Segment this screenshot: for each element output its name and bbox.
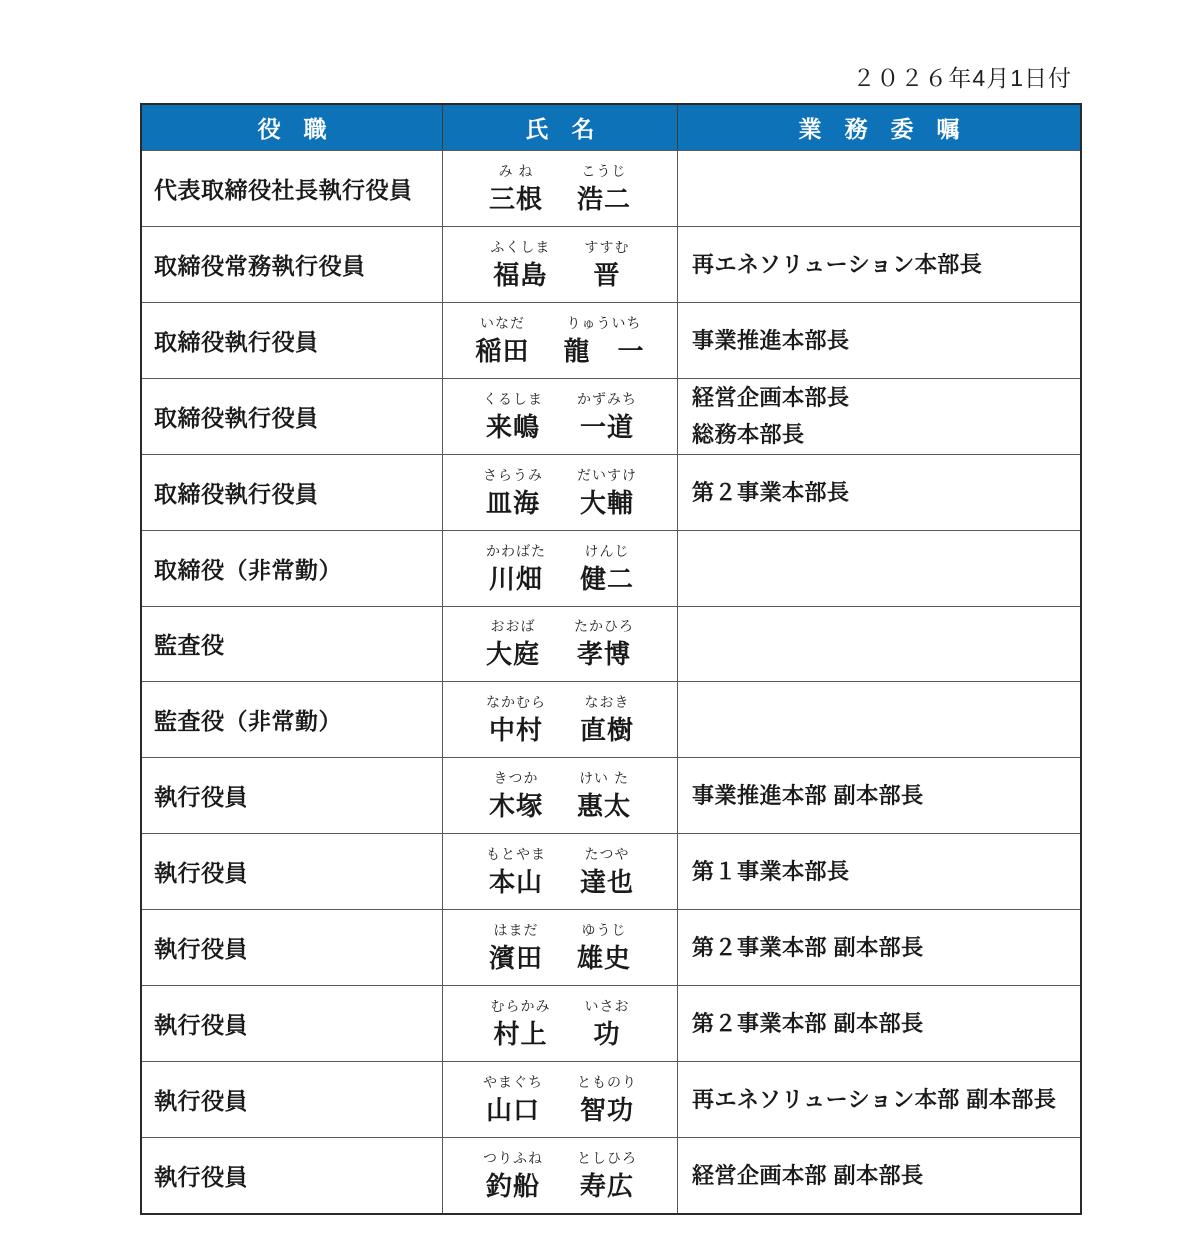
assignment-cell: 再エネソリューション本部 副本部長 [677, 1062, 1080, 1137]
position-cell: 監査役（非常勤） [142, 682, 442, 757]
assignment-cell: 経営企画本部長 総務本部長 [677, 379, 1080, 454]
name-block: み ね 三根 こうじ 浩二 [489, 162, 631, 215]
furigana-first: りゅういち [567, 314, 642, 332]
furigana-first: すすむ [584, 238, 629, 256]
name-block: むらかみ 村上 いさお 功 [491, 997, 630, 1050]
first-name-part: とものり 智功 [577, 1073, 637, 1126]
furigana-first: いさお [585, 997, 630, 1015]
first-name-text: 直樹 [580, 714, 634, 746]
assignment-cell: 経営企画本部 副本部長 [677, 1138, 1080, 1213]
last-name-text: 木塚 [489, 790, 543, 822]
table-row: 代表取締役社長執行役員 み ね 三根 こうじ 浩二 [142, 150, 1080, 226]
position-label: 執行役員 [154, 855, 248, 888]
last-name-part: きつか 木塚 [489, 769, 543, 822]
table-row: 取締役（非常勤） かわばた 川畑 けんじ 健二 [142, 530, 1080, 606]
position-cell: 執行役員 [142, 758, 442, 833]
first-name-text: 寿広 [580, 1170, 634, 1202]
position-label: 代表取締役社長執行役員 [154, 172, 413, 205]
name-cell: み ね 三根 こうじ 浩二 [442, 151, 677, 226]
date-label: ２０２６年4月1日付 [852, 60, 1072, 93]
position-label: 取締役常務執行役員 [154, 248, 366, 281]
last-name-text: 山口 [486, 1094, 540, 1126]
table-row: 執行役員 はまだ 濱田 ゆうじ 雄史 第２事業本部 副本部長 [142, 909, 1080, 985]
last-name-text: 濱田 [489, 942, 543, 974]
last-name-text: 福島 [493, 259, 547, 291]
furigana-last: くるしま [483, 390, 543, 408]
furigana-last: み ね [499, 162, 534, 180]
first-name-part: ゆうじ 雄史 [577, 921, 631, 974]
assignment-line-1: 第１事業本部長 [692, 853, 1080, 890]
table-row: 執行役員 やまぐち 山口 とものり 智功 再エネソリューション本部 副本部長 [142, 1061, 1080, 1137]
position-cell: 執行役員 [142, 986, 442, 1061]
header-cell-assignment: 業 務 委 嘱 [677, 105, 1080, 150]
name-block: はまだ 濱田 ゆうじ 雄史 [489, 921, 631, 974]
furigana-first: ゆうじ [582, 921, 627, 939]
name-block: なかむら 中村 なおき 直樹 [486, 693, 634, 746]
table-row: 執行役員 もとやま 本山 たつや 達也 第１事業本部長 [142, 833, 1080, 909]
table-row: 執行役員 むらかみ 村上 いさお 功 第２事業本部 副本部長 [142, 985, 1080, 1061]
position-cell: 監査役 [142, 607, 442, 682]
last-name-text: 釣船 [486, 1170, 540, 1202]
furigana-first: かずみち [577, 390, 637, 408]
position-cell: 執行役員 [142, 1062, 442, 1137]
assignment-line-1: 第２事業本部 副本部長 [692, 1005, 1080, 1042]
first-name-part: けい た 惠太 [577, 769, 631, 822]
furigana-last: かわばた [486, 542, 546, 560]
position-cell: 取締役執行役員 [142, 455, 442, 530]
first-name-part: たつや 達也 [580, 845, 634, 898]
first-name-part: すすむ 晋 [584, 238, 629, 291]
assignment-line-1: 経営企画本部長 [692, 379, 1080, 416]
last-name-part: もとやま 本山 [486, 845, 546, 898]
first-name-part: りゅういち 龍 一 [564, 314, 645, 367]
position-cell: 執行役員 [142, 1138, 442, 1213]
first-name-part: たかひろ 孝博 [574, 617, 634, 670]
position-label: 執行役員 [154, 1007, 248, 1040]
name-block: さらうみ 皿海 だいすけ 大輔 [483, 466, 637, 519]
name-cell: ふくしま 福島 すすむ 晋 [442, 227, 677, 302]
last-name-part: おおば 大庭 [486, 617, 540, 670]
furigana-last: いなだ [480, 314, 525, 332]
first-name-text: 龍 一 [564, 335, 645, 367]
assignment-line-1: 第２事業本部 副本部長 [692, 929, 1080, 966]
first-name-text: 智功 [580, 1094, 634, 1126]
furigana-first: けい た [579, 769, 629, 787]
last-name-part: はまだ 濱田 [489, 921, 543, 974]
assignment-cell: 第１事業本部長 [677, 834, 1080, 909]
position-cell: 代表取締役社長執行役員 [142, 151, 442, 226]
position-label: 取締役執行役員 [154, 400, 319, 433]
table-row: 監査役（非常勤） なかむら 中村 なおき 直樹 [142, 681, 1080, 757]
furigana-last: もとやま [486, 845, 546, 863]
last-name-text: 三根 [489, 183, 543, 215]
furigana-last: おおば [490, 617, 535, 635]
position-cell: 執行役員 [142, 910, 442, 985]
last-name-text: 村上 [493, 1018, 547, 1050]
position-label: 監査役 [154, 627, 225, 660]
name-cell: くるしま 来嶋 かずみち 一道 [442, 379, 677, 454]
last-name-part: やまぐち 山口 [483, 1073, 543, 1126]
name-block: きつか 木塚 けい た 惠太 [489, 769, 631, 822]
furigana-last: はまだ [493, 921, 538, 939]
header-cell-position: 役 職 [142, 105, 442, 150]
name-cell: さらうみ 皿海 だいすけ 大輔 [442, 455, 677, 530]
header-cell-name: 氏 名 [442, 105, 677, 150]
table-row: 取締役執行役員 いなだ 稲田 りゅういち 龍 一 事業推進本部長 [142, 302, 1080, 378]
table-body: 代表取締役社長執行役員 み ね 三根 こうじ 浩二 取締役常務執行役員 [142, 150, 1080, 1213]
furigana-last: つりふね [483, 1149, 543, 1167]
last-name-part: み ね 三根 [489, 162, 543, 215]
assignment-cell: 事業推進本部長 [677, 303, 1080, 378]
assignment-cell: 第２事業本部 副本部長 [677, 910, 1080, 985]
last-name-part: なかむら 中村 [486, 693, 546, 746]
first-name-part: こうじ 浩二 [577, 162, 631, 215]
position-label: 執行役員 [154, 1083, 248, 1116]
name-cell: むらかみ 村上 いさお 功 [442, 986, 677, 1061]
assignment-line-1: 再エネソリューション本部 副本部長 [692, 1081, 1080, 1118]
furigana-first: としひろ [577, 1149, 637, 1167]
last-name-part: ふくしま 福島 [490, 238, 550, 291]
name-block: やまぐち 山口 とものり 智功 [483, 1073, 637, 1126]
furigana-first: なおき [584, 693, 629, 711]
last-name-text: 稲田 [475, 335, 529, 367]
name-block: おおば 大庭 たかひろ 孝博 [486, 617, 634, 670]
furigana-last: きつか [493, 769, 538, 787]
last-name-part: さらうみ 皿海 [483, 466, 543, 519]
name-block: ふくしま 福島 すすむ 晋 [490, 238, 629, 291]
position-label: 監査役（非常勤） [154, 703, 342, 736]
table-row: 執行役員 きつか 木塚 けい た 惠太 事業推進本部 副本部長 [142, 757, 1080, 833]
first-name-text: 惠太 [577, 790, 631, 822]
name-block: くるしま 来嶋 かずみち 一道 [483, 390, 637, 443]
last-name-part: いなだ 稲田 [475, 314, 529, 367]
assignment-line-1: 経営企画本部 副本部長 [692, 1157, 1080, 1194]
assignment-line-1: 事業推進本部 副本部長 [692, 777, 1080, 814]
name-block: つりふね 釣船 としひろ 寿広 [483, 1149, 637, 1202]
position-cell: 取締役執行役員 [142, 379, 442, 454]
position-cell: 執行役員 [142, 834, 442, 909]
last-name-text: 皿海 [486, 487, 540, 519]
assignment-cell [677, 682, 1080, 757]
position-label: 執行役員 [154, 1159, 248, 1192]
first-name-text: 晋 [593, 259, 620, 291]
position-label: 執行役員 [154, 931, 248, 964]
name-block: かわばた 川畑 けんじ 健二 [486, 542, 634, 595]
furigana-last: やまぐち [483, 1073, 543, 1091]
first-name-part: いさお 功 [585, 997, 630, 1050]
table-row: 執行役員 つりふね 釣船 としひろ 寿広 経営企画本部 副本部長 [142, 1137, 1080, 1213]
furigana-first: こうじ [582, 162, 627, 180]
last-name-part: かわばた 川畑 [486, 542, 546, 595]
name-cell: きつか 木塚 けい た 惠太 [442, 758, 677, 833]
table-row: 監査役 おおば 大庭 たかひろ 孝博 [142, 606, 1080, 682]
name-block: いなだ 稲田 りゅういち 龍 一 [475, 314, 644, 367]
assignment-cell: 再エネソリューション本部長 [677, 227, 1080, 302]
position-label: 取締役（非常勤） [154, 552, 342, 585]
first-name-part: かずみち 一道 [577, 390, 637, 443]
officer-announcement-page: { "page": { "date_label": "２０２６年4月1日付" }… [0, 0, 1200, 1253]
furigana-first: たかひろ [574, 617, 634, 635]
assignment-cell [677, 151, 1080, 226]
assignment-line-1: 再エネソリューション本部長 [692, 246, 1080, 283]
name-cell: かわばた 川畑 けんじ 健二 [442, 531, 677, 606]
first-name-text: 浩二 [577, 183, 631, 215]
furigana-last: むらかみ [491, 997, 551, 1015]
name-cell: いなだ 稲田 りゅういち 龍 一 [442, 303, 677, 378]
last-name-part: くるしま 来嶋 [483, 390, 543, 443]
name-cell: やまぐち 山口 とものり 智功 [442, 1062, 677, 1137]
position-label: 執行役員 [154, 779, 248, 812]
furigana-last: ふくしま [490, 238, 550, 256]
officers-table: 役 職 氏 名 業 務 委 嘱 代表取締役社長執行役員 み ね 三根 こうじ 浩… [140, 103, 1082, 1215]
position-cell: 取締役常務執行役員 [142, 227, 442, 302]
name-cell: つりふね 釣船 としひろ 寿広 [442, 1138, 677, 1213]
assignment-line-2: 総務本部長 [692, 416, 1080, 453]
name-cell: おおば 大庭 たかひろ 孝博 [442, 607, 677, 682]
table-row: 取締役常務執行役員 ふくしま 福島 すすむ 晋 再エネソリューション本部長 [142, 226, 1080, 302]
first-name-text: 大輔 [580, 487, 634, 519]
assignment-line-1: 事業推進本部長 [692, 322, 1080, 359]
name-cell: なかむら 中村 なおき 直樹 [442, 682, 677, 757]
position-cell: 取締役執行役員 [142, 303, 442, 378]
first-name-text: 孝博 [577, 638, 631, 670]
last-name-text: 来嶋 [486, 411, 540, 443]
last-name-text: 大庭 [486, 638, 540, 670]
furigana-first: たつや [584, 845, 629, 863]
table-header-row: 役 職 氏 名 業 務 委 嘱 [142, 105, 1080, 150]
first-name-part: けんじ 健二 [580, 542, 634, 595]
position-label: 取締役執行役員 [154, 324, 319, 357]
table-row: 取締役執行役員 さらうみ 皿海 だいすけ 大輔 第２事業本部長 [142, 454, 1080, 530]
last-name-part: つりふね 釣船 [483, 1149, 543, 1202]
table-row: 取締役執行役員 くるしま 来嶋 かずみち 一道 経営企画本部長 総務本部長 [142, 378, 1080, 454]
furigana-last: さらうみ [483, 466, 543, 484]
position-label: 取締役執行役員 [154, 476, 319, 509]
assignment-cell [677, 607, 1080, 682]
furigana-first: けんじ [584, 542, 629, 560]
assignment-cell [677, 531, 1080, 606]
first-name-text: 功 [593, 1018, 620, 1050]
assignment-cell: 事業推進本部 副本部長 [677, 758, 1080, 833]
first-name-text: 雄史 [577, 942, 631, 974]
assignment-line-1: 第２事業本部長 [692, 474, 1080, 511]
name-cell: はまだ 濱田 ゆうじ 雄史 [442, 910, 677, 985]
first-name-part: としひろ 寿広 [577, 1149, 637, 1202]
first-name-part: なおき 直樹 [580, 693, 634, 746]
furigana-first: とものり [577, 1073, 637, 1091]
assignment-cell: 第２事業本部 副本部長 [677, 986, 1080, 1061]
last-name-text: 本山 [489, 866, 543, 898]
furigana-first: だいすけ [577, 466, 637, 484]
first-name-text: 健二 [580, 563, 634, 595]
last-name-text: 川畑 [489, 563, 543, 595]
first-name-text: 達也 [580, 866, 634, 898]
furigana-last: なかむら [486, 693, 546, 711]
name-cell: もとやま 本山 たつや 達也 [442, 834, 677, 909]
last-name-text: 中村 [489, 714, 543, 746]
first-name-text: 一道 [580, 411, 634, 443]
assignment-cell: 第２事業本部長 [677, 455, 1080, 530]
name-block: もとやま 本山 たつや 達也 [486, 845, 634, 898]
position-cell: 取締役（非常勤） [142, 531, 442, 606]
first-name-part: だいすけ 大輔 [577, 466, 637, 519]
last-name-part: むらかみ 村上 [491, 997, 551, 1050]
